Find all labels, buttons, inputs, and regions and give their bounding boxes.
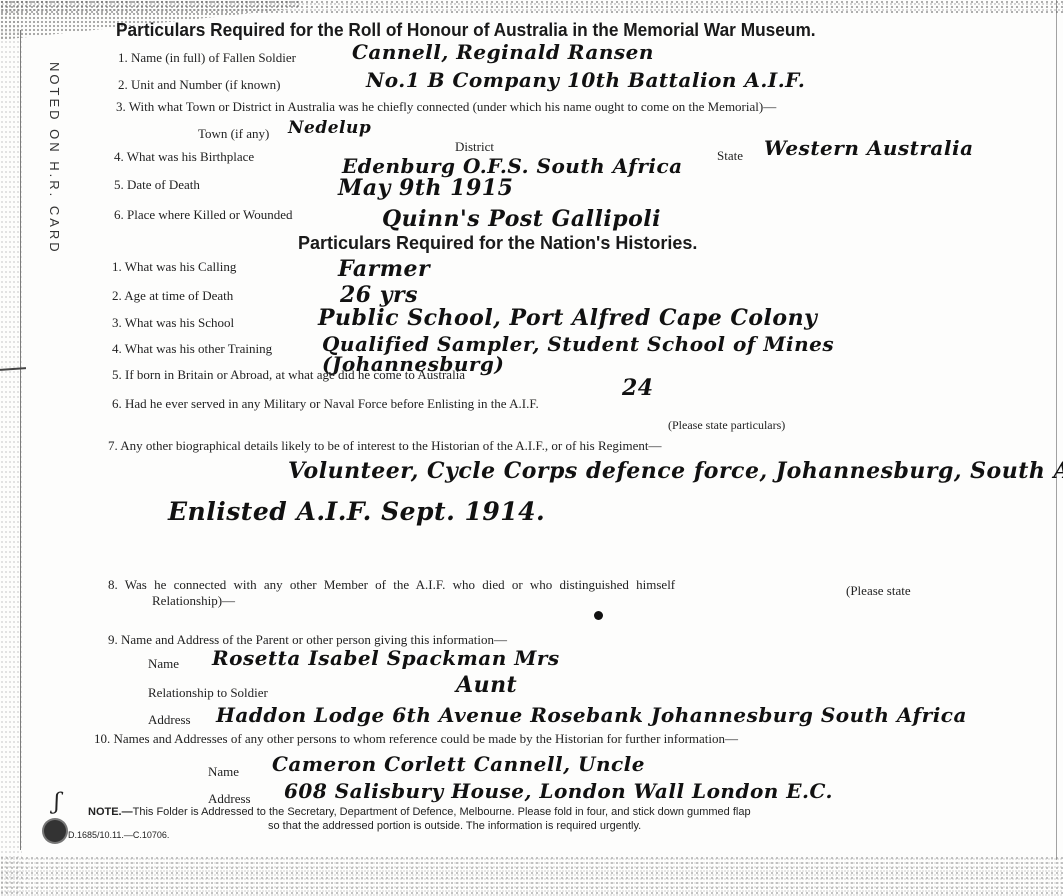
parent-address-value: Haddon Lodge 6th Avenue Rosebank Johanne…	[216, 703, 967, 727]
page-border-right	[1056, 0, 1057, 860]
field-birthplace-label: 4. What was his Birthplace	[114, 149, 254, 165]
field-town-question: 3. With what Town or District in Austral…	[116, 99, 776, 115]
footer-note-text: This Folder is Addressed to the Secretar…	[133, 806, 751, 818]
field-death-date-value: May 9th 1915	[338, 175, 513, 201]
field-arrival-age-label: 5. If born in Britain or Abroad, at what…	[112, 367, 465, 383]
nations-heading: Particulars Required for the Nation's Hi…	[298, 233, 697, 254]
other-name-label: Name	[208, 764, 239, 780]
roll-of-honour-form: NOTED ON H.R. CARD Particulars Required …	[0, 0, 1063, 896]
field-connected-label-cont: Relationship)—	[152, 593, 235, 609]
ink-dot	[594, 611, 603, 620]
relationship-label: Relationship to Soldier	[148, 685, 268, 701]
state-label: State	[717, 148, 743, 164]
field-unit-value: No.1 B Company 10th Battalion A.I.F.	[366, 68, 805, 92]
field-name-label: 1. Name (in full) of Fallen Soldier	[118, 50, 296, 66]
other-name-value: Cameron Corlett Cannell, Uncle	[272, 752, 645, 776]
parent-name-label: Name	[148, 656, 179, 672]
field-arrival-age-value: 24	[622, 375, 654, 401]
other-address-label: Address	[208, 791, 251, 807]
town-label: Town (if any)	[198, 126, 269, 142]
field-school-value: Public School, Port Alfred Cape Colony	[318, 305, 817, 331]
signature-mark: ʃ	[54, 790, 60, 815]
page-border-left	[20, 30, 21, 850]
field-calling-label: 1. What was his Calling	[112, 259, 236, 275]
field-school-label: 3. What was his School	[112, 315, 234, 331]
other-persons-label: 10. Names and Addresses of any other per…	[94, 731, 738, 747]
parent-name-value: Rosetta Isabel Spackman Mrs	[212, 646, 560, 670]
scan-edge-left	[0, 0, 22, 896]
field-name-value: Cannell, Reginald Ransen	[352, 40, 654, 64]
field-age-label: 2. Age at time of Death	[112, 288, 233, 304]
print-code: D.1685/10.11.—C.10706.	[68, 830, 169, 840]
noted-stamp: NOTED ON H.R. CARD	[47, 62, 62, 255]
field-training-label: 4. What was his other Training	[112, 341, 272, 357]
field-place-killed-label: 6. Place where Killed or Wounded	[114, 207, 293, 223]
footer-note-line1: NOTE.—This Folder is Addressed to the Se…	[88, 806, 751, 818]
field-death-date-label: 5. Date of Death	[114, 177, 200, 193]
field-prior-service-note: (Please state particulars)	[668, 418, 785, 433]
roll-heading: Particulars Required for the Roll of Hon…	[116, 20, 816, 41]
footer-note-line2: so that the addressed portion is outside…	[268, 820, 641, 832]
field-calling-value: Farmer	[338, 256, 430, 282]
parent-address-label: Address	[148, 712, 191, 728]
field-connected-label: 8. Was he connected with any other Membe…	[108, 577, 675, 593]
field-biography-value-line2: Enlisted A.I.F. Sept. 1914.	[168, 497, 545, 526]
district-label: District	[455, 139, 494, 155]
field-unit-label: 2. Unit and Number (if known)	[118, 77, 280, 93]
field-connected-note: (Please state	[846, 583, 911, 599]
footer-note-bold: NOTE.—	[88, 806, 133, 818]
scan-edge-bottom	[0, 856, 1063, 896]
other-address-value: 608 Salisbury House, London Wall London …	[284, 779, 833, 803]
town-value: Nedelup	[288, 118, 371, 138]
field-biography-value-line1: Volunteer, Cycle Corps defence force, Jo…	[288, 458, 1063, 484]
field-place-killed-value: Quinn's Post Gallipoli	[382, 206, 661, 232]
field-prior-service-label: 6. Had he ever served in any Military or…	[112, 396, 539, 412]
field-biography-label: 7. Any other biographical details likely…	[108, 438, 662, 454]
relationship-value: Aunt	[456, 672, 517, 698]
state-value: Western Australia	[764, 136, 974, 160]
official-seal	[44, 820, 66, 842]
